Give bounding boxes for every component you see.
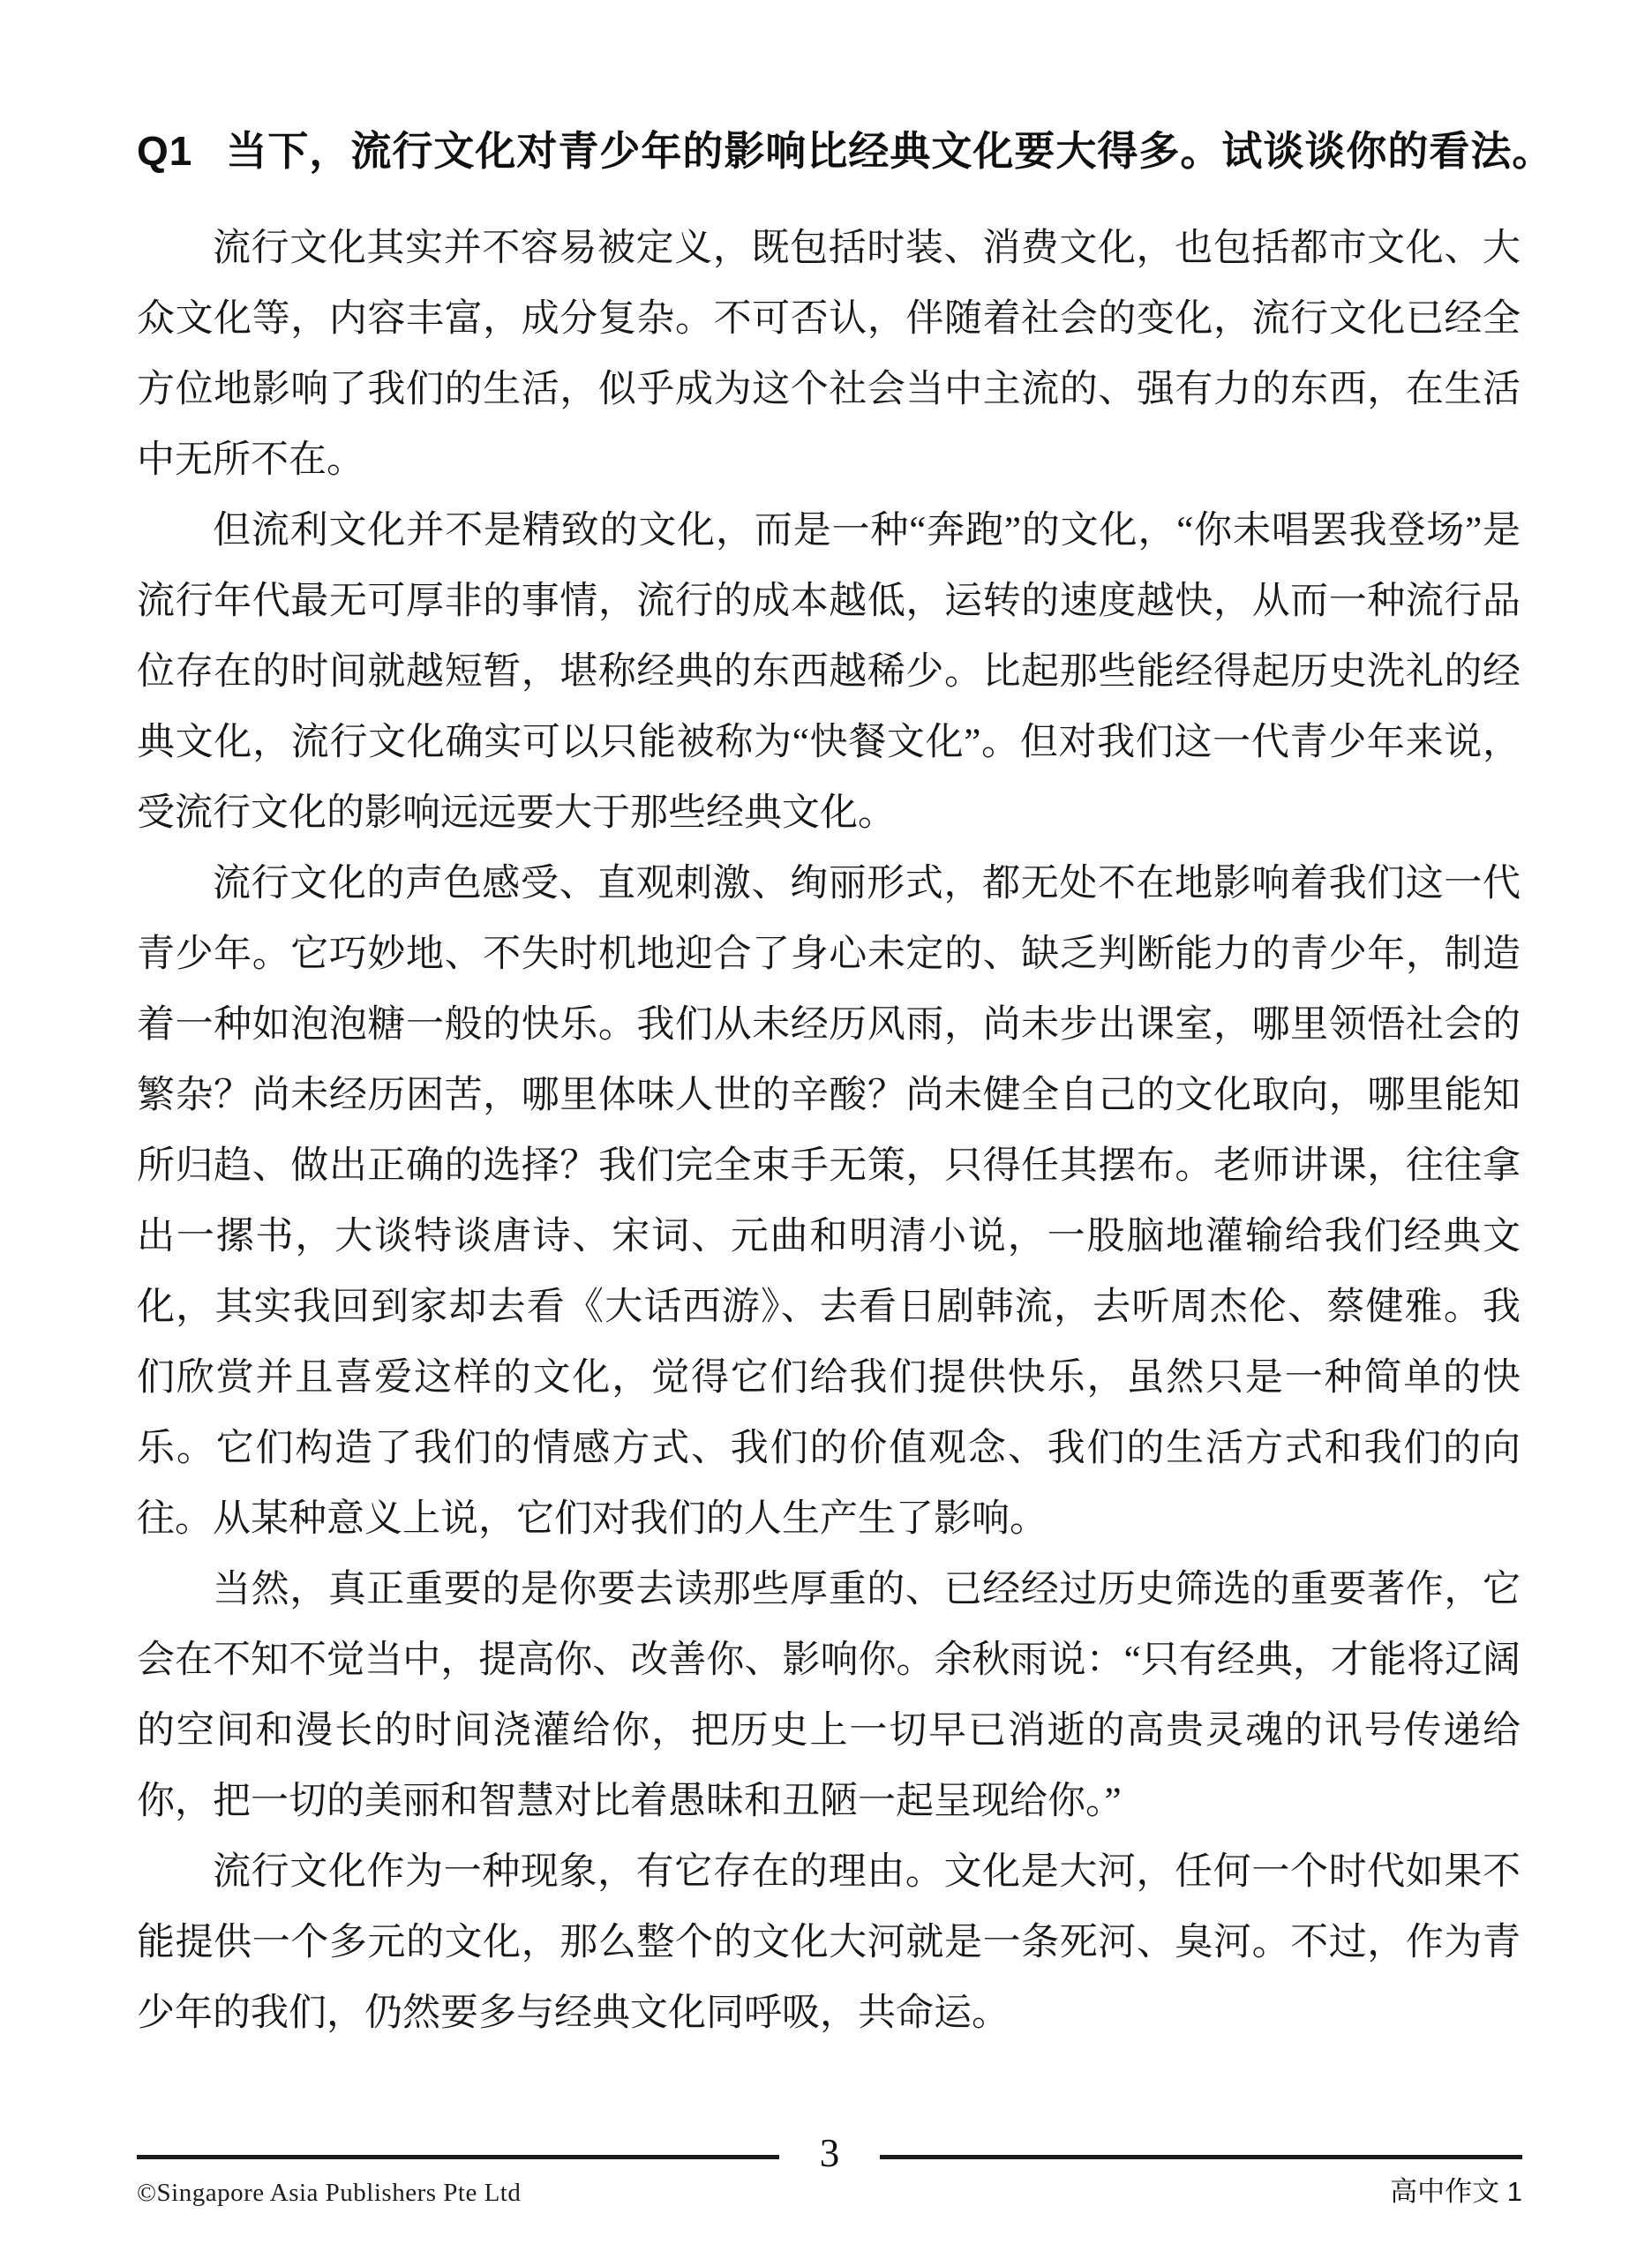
essay-paragraph-4: 当然，真正重要的是你要去读那些厚重的、已经经过历史筛选的重要著作，它会在不知不觉…	[137, 1555, 1521, 1837]
essay-paragraph-1: 流行文化其实并不容易被定义，既包括时装、消费文化，也包括都市文化、大众文化等，内…	[137, 214, 1521, 496]
question-title: 当下，流行文化对青少年的影响比经典文化要大得多。试谈谈你的看法。	[226, 124, 1553, 178]
document-page: Q1 当下，流行文化对青少年的影响比经典文化要大得多。试谈谈你的看法。 流行文化…	[0, 0, 1652, 2259]
book-title: 高中作文 1	[1390, 2169, 1522, 2209]
essay-paragraph-3: 流行文化的声色感受、直观刺激、绚丽形式，都无处不在地影响着我们这一代青少年。它巧…	[137, 849, 1521, 1555]
copyright-text: ©Singapore Asia Publishers Pte Ltd	[137, 2179, 521, 2208]
footer-rule-left	[137, 2155, 779, 2159]
essay-paragraph-5: 流行文化作为一种现象，有它存在的理由。文化是大河，任何一个时代如果不能提供一个多…	[137, 1837, 1521, 2049]
question-number: Q1	[137, 124, 192, 178]
footer-rule-right	[880, 2155, 1522, 2159]
essay-paragraph-2: 但流利文化并不是精致的文化，而是一种“奔跑”的文化，“你未唱罢我登场”是流行年代…	[137, 496, 1521, 849]
essay-body: 流行文化其实并不容易被定义，既包括时装、消费文化，也包括都市文化、大众文化等，内…	[137, 214, 1521, 2049]
question-heading: Q1 当下，流行文化对青少年的影响比经典文化要大得多。试谈谈你的看法。	[137, 124, 1553, 178]
footer-meta-row: ©Singapore Asia Publishers Pte Ltd 高中作文 …	[137, 2169, 1522, 2209]
page-number: 3	[820, 2134, 840, 2173]
